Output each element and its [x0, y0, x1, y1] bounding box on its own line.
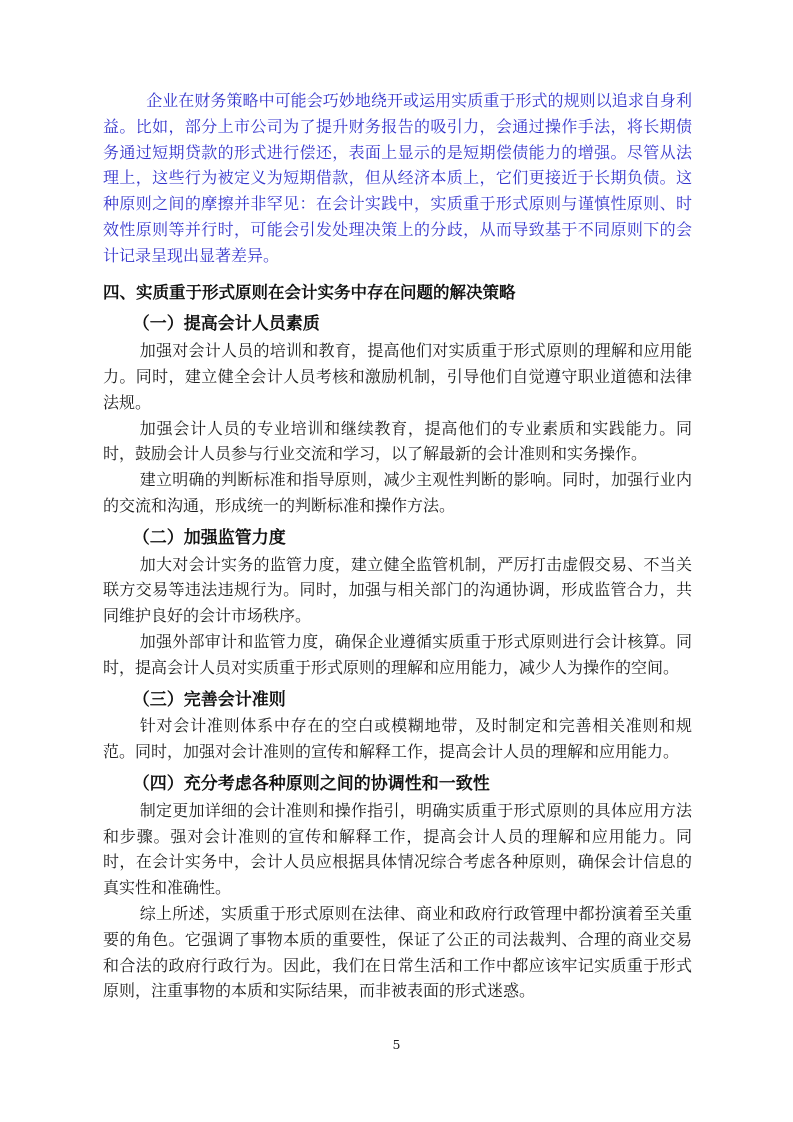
- subsection-heading-3: （三）完善会计准则: [103, 688, 692, 714]
- body-paragraph: 加强外部审计和监管力度，确保企业遵循实质重于形式原则进行会计核算。同时，提高会计…: [103, 629, 692, 681]
- subsection-heading-1: （一）提高会计人员素质: [103, 312, 692, 338]
- section-heading-4: 四、实质重于形式原则在会计实务中存在问题的解决策略: [103, 280, 692, 306]
- intro-paragraph: 企业在财务策略中可能会巧妙地绕开或运用实质重于形式的规则以追求自身利益。比如，部…: [103, 88, 692, 269]
- document-page: 企业在财务策略中可能会巧妙地绕开或运用实质重于形式的规则以追求自身利益。比如，部…: [0, 0, 793, 1122]
- subsection-heading-2: （二）加强监管力度: [103, 526, 692, 552]
- subsection-heading-4: （四）充分考虑各种原则之间的协调性和一致性: [103, 772, 692, 798]
- body-paragraph: 加强会计人员的专业培训和继续教育，提高他们的专业素质和实践能力。同时，鼓励会计人…: [103, 416, 692, 468]
- body-paragraph: 加强对会计人员的培训和教育，提高他们对实质重于形式原则的理解和应用能力。同时，建…: [103, 338, 692, 415]
- body-paragraph: 制定更加详细的会计准则和操作指引，明确实质重于形式原则的具体应用方法和步骤。强对…: [103, 798, 692, 901]
- page-content: 企业在财务策略中可能会巧妙地绕开或运用实质重于形式的规则以追求自身利益。比如，部…: [103, 88, 692, 1004]
- body-paragraph: 针对会计准则体系中存在的空白或模糊地带，及时制定和完善相关准则和规范。同时，加强…: [103, 713, 692, 765]
- body-paragraph: 综上所述，实质重于形式原则在法律、商业和政府行政管理中都扮演着至关重要的角色。它…: [103, 901, 692, 1004]
- body-paragraph: 加大对会计实务的监管力度，建立健全监管机制，严厉打击虚假交易、不当关联方交易等违…: [103, 552, 692, 629]
- body-paragraph: 建立明确的判断标准和指导原则，减少主观性判断的影响。同时，加强行业内的交流和沟通…: [103, 467, 692, 519]
- page-number: 5: [0, 1037, 793, 1052]
